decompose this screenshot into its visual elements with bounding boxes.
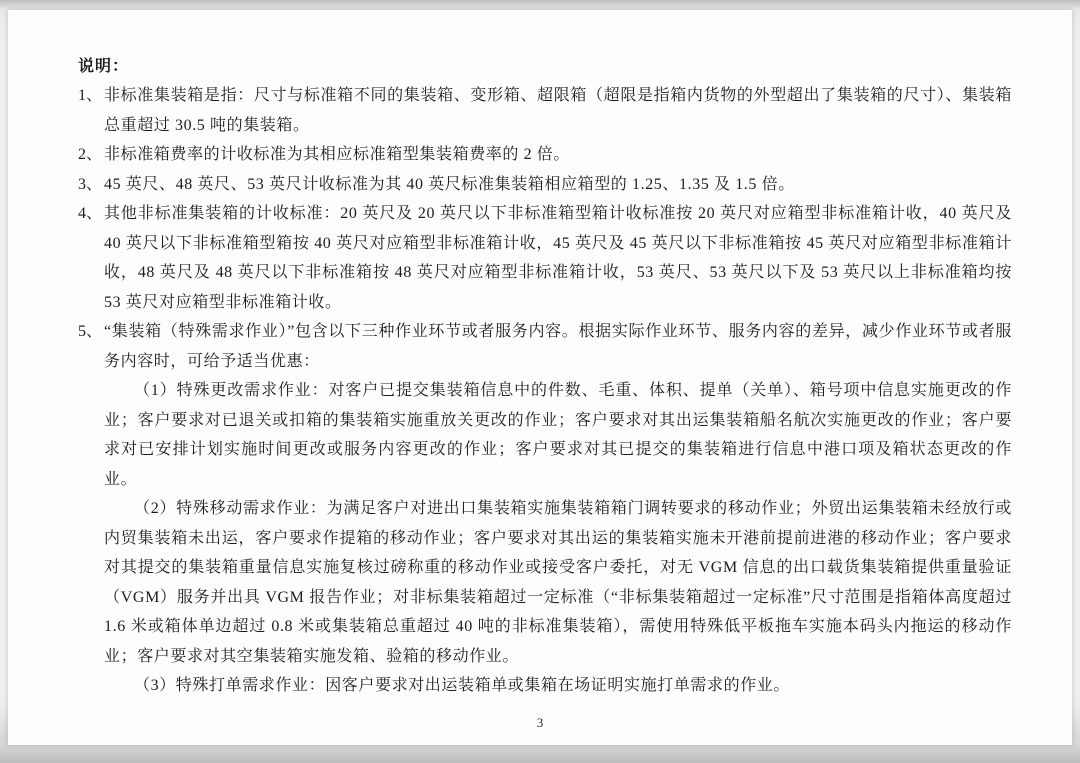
document-heading: 说明： xyxy=(78,52,1012,81)
note-text: 45 英尺、48 英尺、53 英尺计收标准为其 40 英尺标准集装箱相应箱型的 … xyxy=(104,176,795,193)
note-number: 5、 xyxy=(78,317,102,347)
note-number: 4、 xyxy=(78,199,102,229)
note-text: 非标准集装箱是指：尺寸与标准箱不同的集装箱、变形箱、超限箱（超限是指箱内货物的外… xyxy=(104,87,1012,134)
note-text: 非标准箱费率的计收标准为其相应标准箱型集装箱费率的 2 倍。 xyxy=(104,146,570,163)
note-number: 3、 xyxy=(78,170,102,200)
note-item-1: 1、非标准集装箱是指：尺寸与标准箱不同的集装箱、变形箱、超限箱（超限是指箱内货物… xyxy=(78,81,1012,140)
note-text: “集装箱（特殊需求作业）”包含以下三种作业环节或者服务内容。根据实际作业环节、服… xyxy=(104,323,1012,370)
note-item-5: 5、“集装箱（特殊需求作业）”包含以下三种作业环节或者服务内容。根据实际作业环节… xyxy=(78,317,1012,376)
sub-note-2: （2）特殊移动需求作业：为满足客户对进出口集装箱实施集装箱箱门调转要求的移动作业… xyxy=(104,494,1012,671)
note-number: 1、 xyxy=(78,81,102,111)
note-item-2: 2、非标准箱费率的计收标准为其相应标准箱型集装箱费率的 2 倍。 xyxy=(78,140,1012,170)
sub-note-3: （3）特殊打单需求作业：因客户要求对出运装箱单或集箱在场证明实施打单需求的作业。 xyxy=(104,671,1012,701)
note-text: 其他非标准集装箱的计收标准：20 英尺及 20 英尺以下非标准箱型箱计收标准按 … xyxy=(104,205,1012,311)
scanned-document-background: 说明： 1、非标准集装箱是指：尺寸与标准箱不同的集装箱、变形箱、超限箱（超限是指… xyxy=(0,0,1080,763)
page-number: 3 xyxy=(8,715,1072,731)
note-item-4: 4、其他非标准集装箱的计收标准：20 英尺及 20 英尺以下非标准箱型箱计收标准… xyxy=(78,199,1012,317)
note-number: 2、 xyxy=(78,140,102,170)
document-page: 说明： 1、非标准集装箱是指：尺寸与标准箱不同的集装箱、变形箱、超限箱（超限是指… xyxy=(8,10,1072,745)
sub-note-1: （1）特殊更改需求作业：对客户已提交集装箱信息中的件数、毛重、体积、提单（关单）… xyxy=(104,376,1012,494)
note-item-3: 3、45 英尺、48 英尺、53 英尺计收标准为其 40 英尺标准集装箱相应箱型… xyxy=(78,170,1012,200)
